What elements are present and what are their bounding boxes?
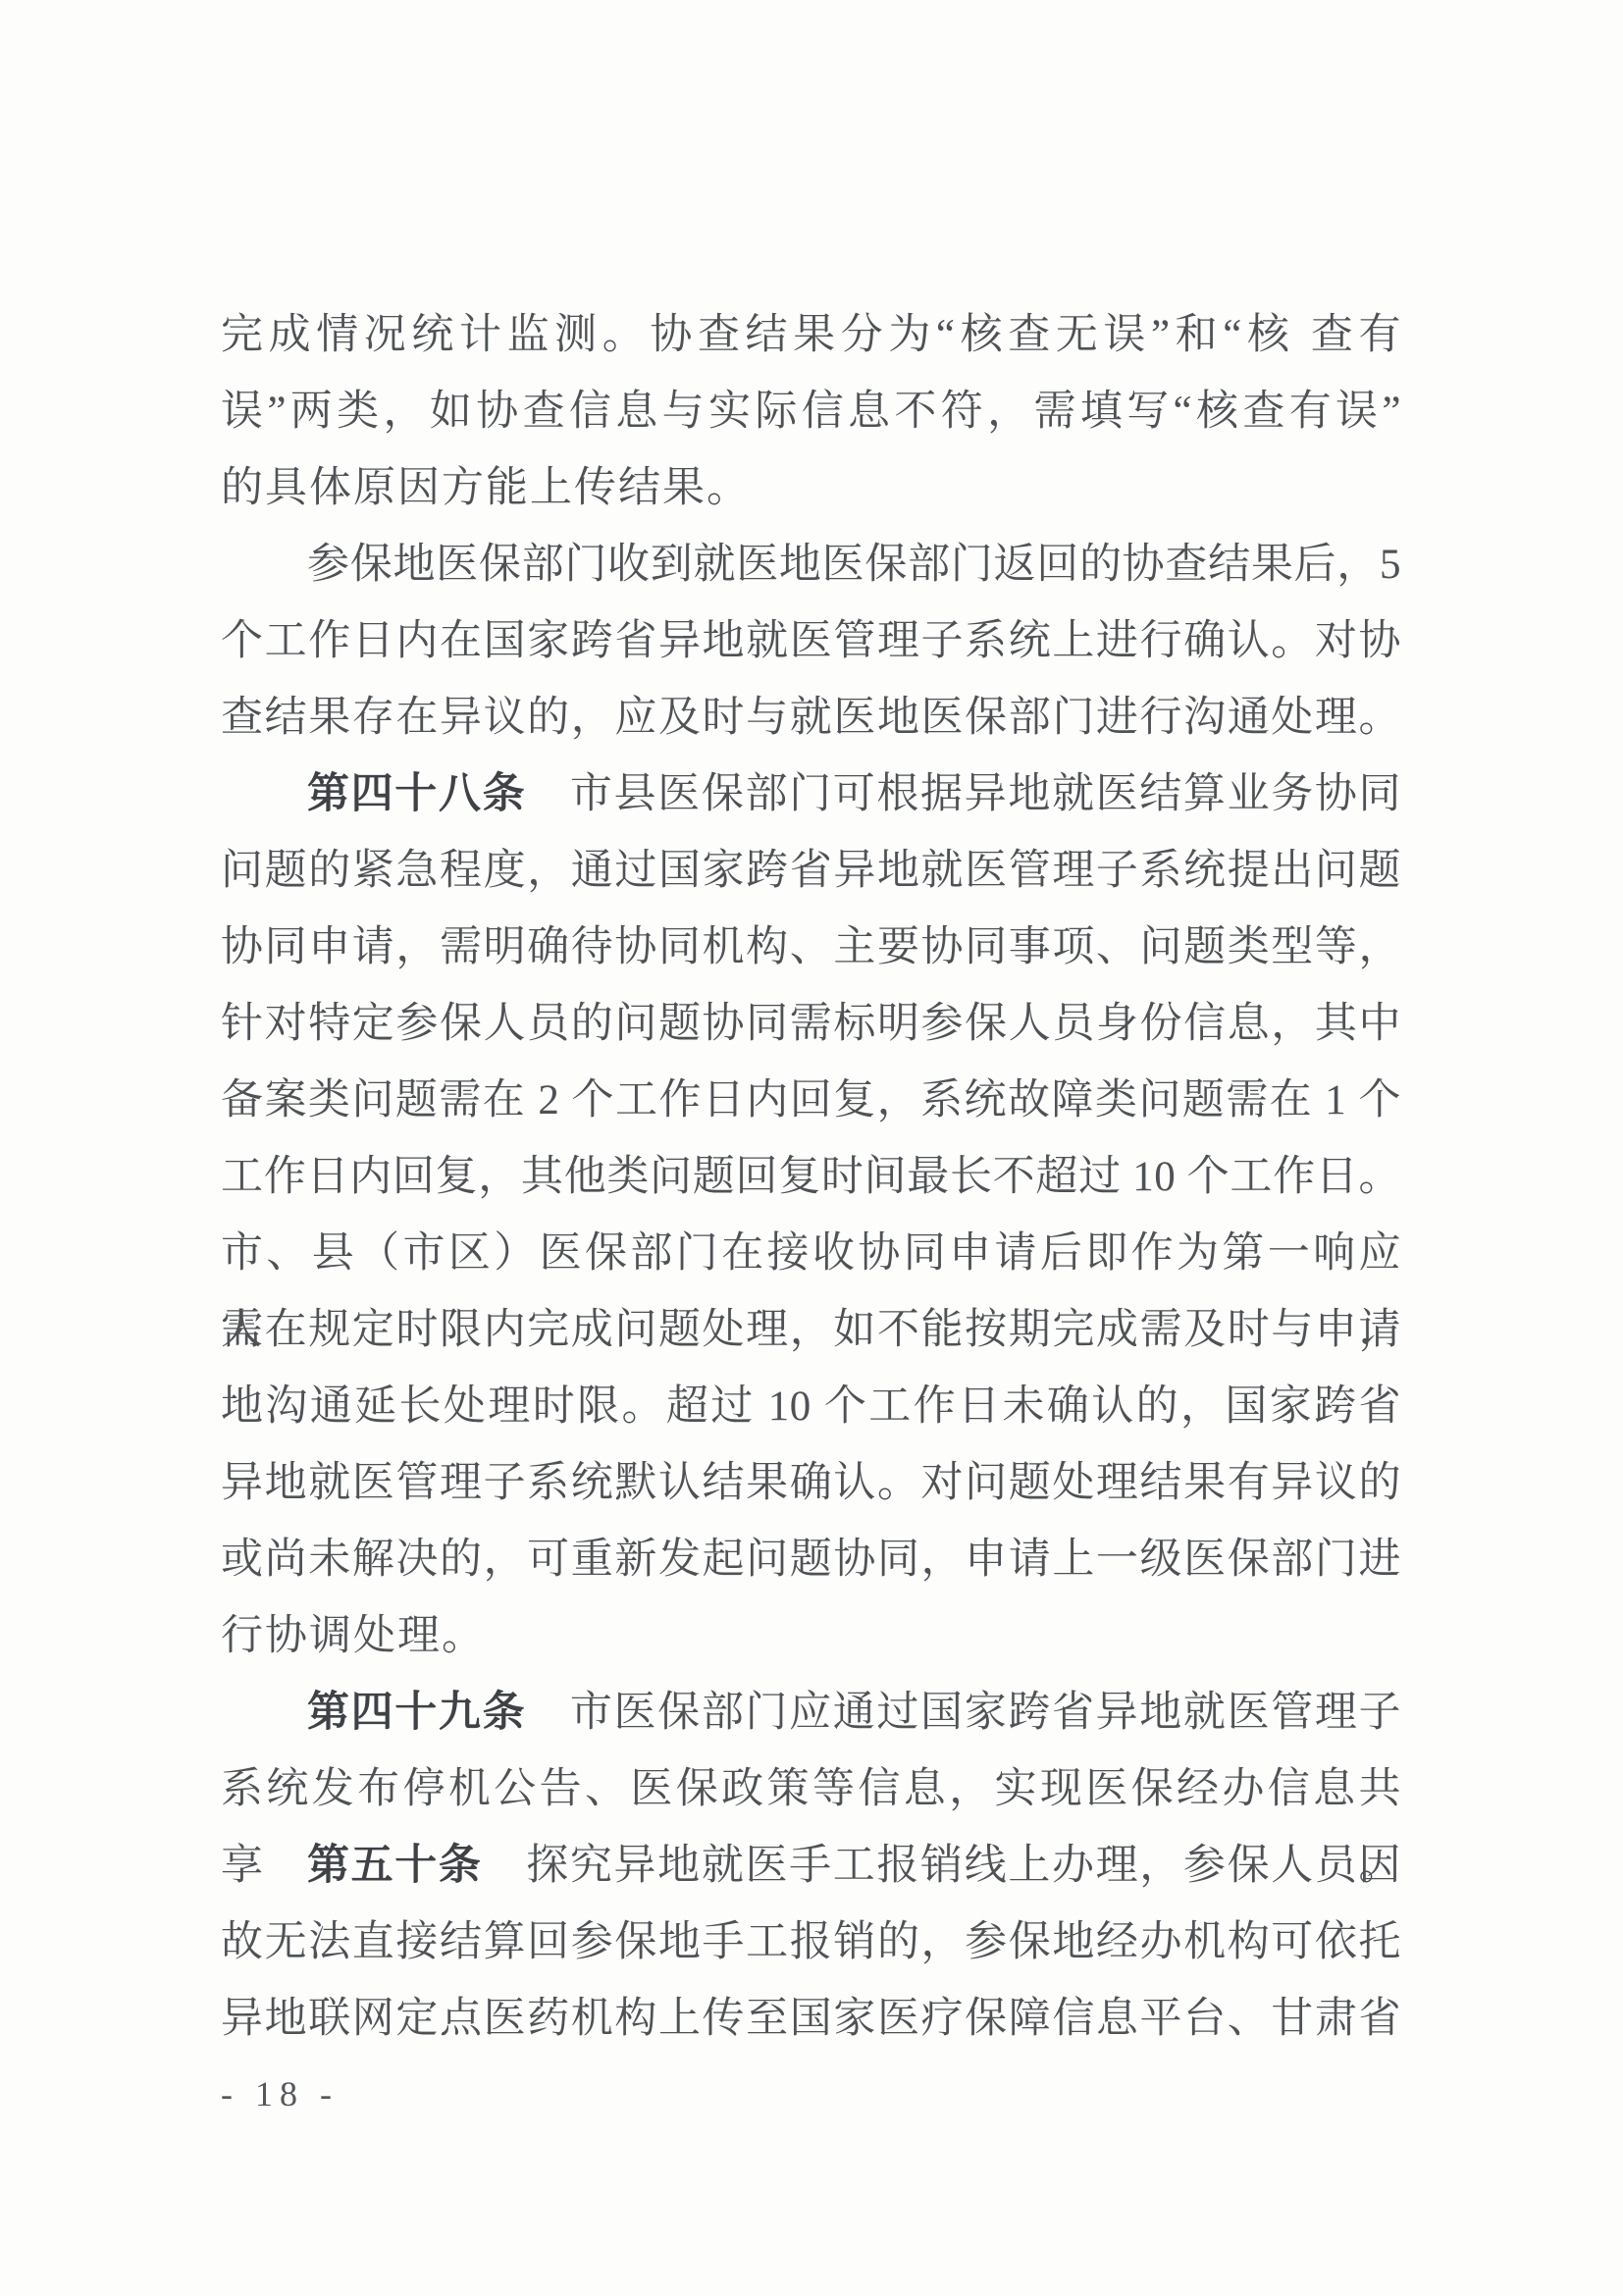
text-line: 地沟通延长处理时限。超过 10 个工作日未确认的，国家跨省 [221, 1369, 1401, 1445]
text-line: 异地联网定点医药机构上传至国家医疗保障信息平台、甘肃省 [221, 1981, 1401, 2058]
article-48-heading: 第四十八条 [307, 771, 526, 817]
text-line: 查结果存在异议的，应及时与就医地医保部门进行沟通处理。 [221, 680, 1401, 757]
text-line: 市、县（市区）医保部门在接收协同申请后即作为第一响应人， [221, 1216, 1401, 1292]
line-text: 个工作日内在国家跨省异地就医管理子系统上进行确认。对协 [221, 618, 1401, 664]
document-text-block: 完成情况统计监测。协查结果分为“核查无误”和“核 查有 误”两类，如协查信息与实… [221, 297, 1401, 2058]
line-text: 探究异地就医手工报销线上办理，参保人员因 [483, 1843, 1401, 1889]
line-text: 备案类问题需在 2 个工作日内回复，系统故障类问题需在 1 个 [221, 1077, 1401, 1123]
line-text: 针对特定参保人员的问题协同需标明参保人员身份信息，其中 [221, 1001, 1401, 1047]
line-text: 工作日内回复，其他类问题回复时间最长不超过 10 个工作日。 [221, 1154, 1401, 1200]
line-text: 市县医保部门可根据异地就医结算业务协同 [526, 771, 1401, 817]
text-line: 问题的紧急程度，通过国家跨省异地就医管理子系统提出问题 [221, 833, 1401, 910]
article-49-heading: 第四十九条 [307, 1690, 526, 1736]
line-text: 市医保部门应通过国家跨省异地就医管理子 [526, 1690, 1401, 1736]
line-text: 问题的紧急程度，通过国家跨省异地就医管理子系统提出问题 [221, 848, 1401, 894]
text-line: 或尚未解决的，可重新发起问题协同，申请上一级医保部门进 [221, 1522, 1401, 1598]
text-line: 误”两类，如协查信息与实际信息不符，需填写“核查有误” [221, 374, 1401, 450]
text-line: 的具体原因方能上传结果。 [221, 450, 1401, 527]
text-line: 第五十条 探究异地就医手工报销线上办理，参保人员因 [221, 1828, 1401, 1905]
line-text: 故无法直接结算回参保地手工报销的，参保地经办机构可依托 [221, 1919, 1401, 1965]
line-text: 异地联网定点医药机构上传至国家医疗保障信息平台、甘肃省 [221, 1996, 1401, 2042]
text-line: 需在规定时限内完成问题处理，如不能按期完成需及时与申请 [221, 1292, 1401, 1369]
text-line: 完成情况统计监测。协查结果分为“核查无误”和“核 查有 [221, 297, 1401, 374]
line-text: 异地就医管理子系统默认结果确认。对问题处理结果有异议的 [221, 1460, 1401, 1506]
line-text: 完成情况统计监测。协查结果分为“核查无误”和“核 查有 [221, 312, 1401, 358]
text-line: 异地就医管理子系统默认结果确认。对问题处理结果有异议的 [221, 1445, 1401, 1522]
text-line: 系统发布停机公告、医保政策等信息，实现医保经办信息共享。 [221, 1751, 1401, 1828]
line-text: 参保地医保部门收到就医地医保部门返回的协查结果后，5 [307, 542, 1401, 588]
line-text: 需在规定时限内完成问题处理，如不能按期完成需及时与申请 [221, 1307, 1401, 1353]
line-text: 查结果存在异议的，应及时与就医地医保部门进行沟通处理。 [221, 695, 1401, 741]
text-line: 备案类问题需在 2 个工作日内回复，系统故障类问题需在 1 个 [221, 1063, 1401, 1139]
document-page: 完成情况统计监测。协查结果分为“核查无误”和“核 查有 误”两类，如协查信息与实… [0, 0, 1623, 2296]
text-line: 参保地医保部门收到就医地医保部门返回的协查结果后，5 [221, 527, 1401, 603]
text-line: 针对特定参保人员的问题协同需标明参保人员身份信息，其中 [221, 986, 1401, 1063]
line-text: 或尚未解决的，可重新发起问题协同，申请上一级医保部门进 [221, 1537, 1401, 1583]
line-text: 的具体原因方能上传结果。 [221, 465, 751, 511]
text-line: 第四十八条 市县医保部门可根据异地就医结算业务协同 [221, 757, 1401, 833]
page-number: - 18 - [221, 2072, 339, 2115]
line-text: 误”两类，如协查信息与实际信息不符，需填写“核查有误” [221, 389, 1401, 435]
line-text: 行协调处理。 [221, 1613, 486, 1659]
line-text: 协同申请，需明确待协同机构、主要协同事项、问题类型等， [221, 924, 1401, 970]
line-text: 地沟通延长处理时限。超过 10 个工作日未确认的，国家跨省 [221, 1383, 1401, 1430]
text-line: 第四十九条 市医保部门应通过国家跨省异地就医管理子 [221, 1675, 1401, 1751]
text-line: 工作日内回复，其他类问题回复时间最长不超过 10 个工作日。 [221, 1139, 1401, 1216]
text-line: 协同申请，需明确待协同机构、主要协同事项、问题类型等， [221, 910, 1401, 986]
article-50-heading: 第五十条 [307, 1843, 483, 1889]
text-line: 个工作日内在国家跨省异地就医管理子系统上进行确认。对协 [221, 603, 1401, 680]
text-line: 行协调处理。 [221, 1598, 1401, 1675]
text-line: 故无法直接结算回参保地手工报销的，参保地经办机构可依托 [221, 1905, 1401, 1981]
